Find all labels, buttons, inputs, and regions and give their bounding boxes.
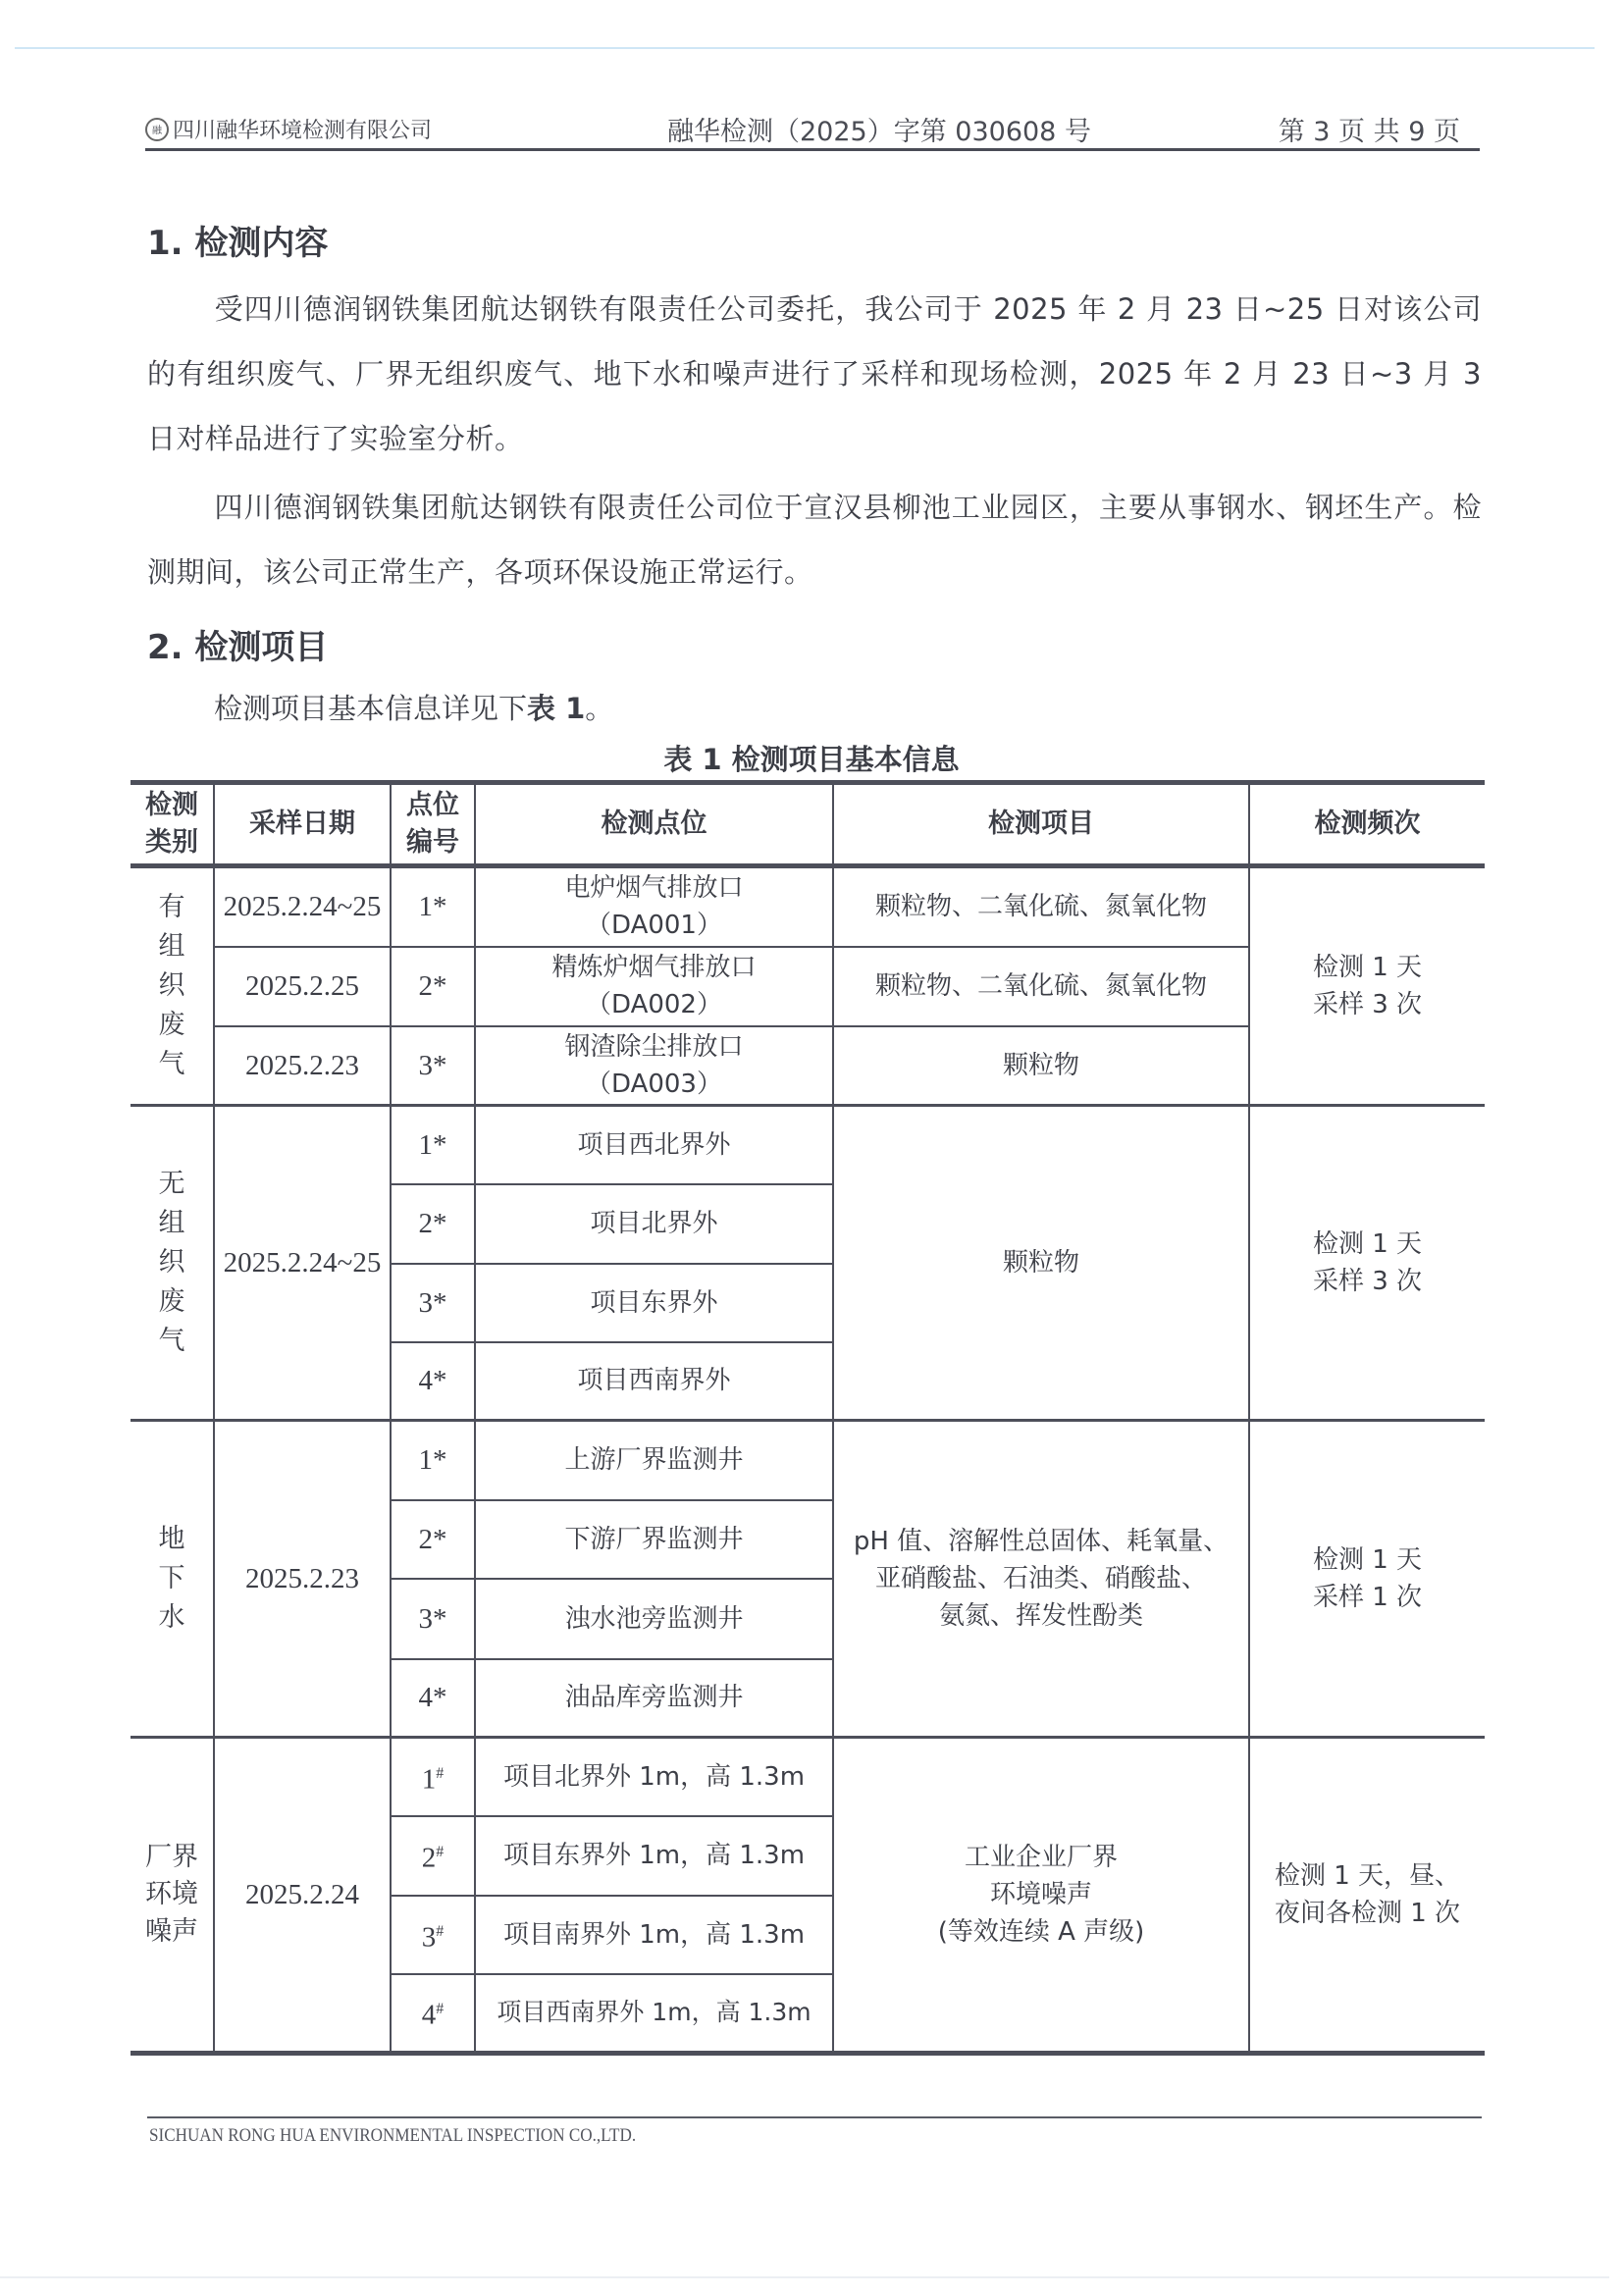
point-suffix: # [436, 1765, 444, 1782]
frequency-cell: 检测 1 天，昼、 夜间各检测 1 次 [1249, 1738, 1485, 2054]
location-cell: 项目西北界外 [475, 1106, 833, 1184]
table-row: 无组织废气 2025.2.24~25 1* 项目西北界外 颗粒物 检测 1 天 … [131, 1106, 1485, 1184]
date-cell: 2025.2.23 [214, 1421, 391, 1738]
header-divider [145, 148, 1480, 151]
footer-divider [147, 2116, 1482, 2118]
point-no-cell: 3* [391, 1264, 475, 1342]
table-header-row: 检测 类别 采样日期 点位 编号 检测点位 检测项目 检测频次 [131, 783, 1485, 866]
point-number: 4 [422, 2000, 437, 2031]
header-point-no: 点位 编号 [391, 783, 475, 866]
paragraph-text: 四川德润钢铁集团航达钢铁有限责任公司位于宣汉县柳池工业园区，主要从事钢水、钢坯生… [147, 491, 1482, 589]
location-cell: 电炉烟气排放口 （DA001） [475, 866, 833, 947]
point-no-cell: 1# [391, 1738, 475, 1816]
header-date: 采样日期 [214, 783, 391, 866]
header-category: 检测 类别 [131, 783, 214, 866]
intro-suffix: 。 [585, 692, 613, 725]
table-reference-text: 检测项目基本信息详见下表 1。 [214, 687, 613, 727]
category-text: 有组织废气 [157, 888, 186, 1084]
items-cell: 颗粒物 [833, 1026, 1249, 1106]
location-cell: 油品库旁监测井 [475, 1659, 833, 1738]
table-row: 地下水 2025.2.23 1* 上游厂界监测井 pH 值、溶解性总固体、耗氧量… [131, 1421, 1485, 1500]
date-cell: 2025.2.24~25 [214, 866, 391, 947]
category-text: 地下水 [157, 1520, 186, 1638]
page-header: 融 四川融华环境检测有限公司 融华检测（2025）字第 030608 号 第 3… [145, 110, 1480, 149]
category-cell: 地下水 [131, 1421, 214, 1738]
location-cell: 浊水池旁监测井 [475, 1579, 833, 1659]
page-number: 第 3 页 共 9 页 [1279, 110, 1460, 148]
point-no-cell: 4* [391, 1659, 475, 1738]
items-cell: 颗粒物 [833, 1106, 1249, 1421]
frequency-cell: 检测 1 天 采样 3 次 [1249, 866, 1485, 1106]
date-cell: 2025.2.23 [214, 1026, 391, 1106]
point-no-cell: 2* [391, 1184, 475, 1264]
point-number: 2 [422, 1843, 437, 1874]
items-cell: 颗粒物、二氧化硫、氮氧化物 [833, 866, 1249, 947]
point-suffix: # [436, 1923, 444, 1940]
items-cell: 颗粒物、二氧化硫、氮氧化物 [833, 947, 1249, 1026]
items-cell: 工业企业厂界 环境噪声 (等效连续 A 声级) [833, 1738, 1249, 2054]
location-cell: 上游厂界监测井 [475, 1421, 833, 1500]
header-items: 检测项目 [833, 783, 1249, 866]
point-no-cell: 1* [391, 1421, 475, 1500]
location-cell: 项目南界外 1m，高 1.3m [475, 1896, 833, 1974]
company-name: 融 四川融华环境检测有限公司 [145, 114, 432, 144]
company-name-text: 四川融华环境检测有限公司 [173, 114, 432, 144]
report-number: 融华检测（2025）字第 030608 号 [667, 110, 1091, 148]
section-1-heading: 1. 检测内容 [147, 216, 328, 264]
location-cell: 下游厂界监测井 [475, 1500, 833, 1579]
header-frequency: 检测频次 [1249, 783, 1485, 866]
location-cell: 精炼炉烟气排放口 （DA002） [475, 947, 833, 1026]
point-no-cell: 3* [391, 1026, 475, 1106]
header-location: 检测点位 [475, 783, 833, 866]
monitoring-items-table: 检测 类别 采样日期 点位 编号 检测点位 检测项目 检测频次 有组织废气 20… [131, 780, 1485, 2056]
table-row: 有组织废气 2025.2.24~25 1* 电炉烟气排放口 （DA001） 颗粒… [131, 866, 1485, 947]
point-no-cell: 3* [391, 1579, 475, 1659]
frequency-cell: 检测 1 天 采样 1 次 [1249, 1421, 1485, 1738]
intro-text: 检测项目基本信息详见下 [214, 692, 527, 725]
point-no-cell: 4* [391, 1342, 475, 1421]
date-cell: 2025.2.24~25 [214, 1106, 391, 1421]
point-suffix: # [436, 2001, 444, 2017]
point-no-cell: 3# [391, 1896, 475, 1974]
section-1-paragraph-2: 四川德润钢铁集团航达钢铁有限责任公司位于宣汉县柳池工业园区，主要从事钢水、钢坯生… [147, 475, 1482, 604]
category-text: 无组织废气 [157, 1165, 186, 1361]
point-suffix: # [436, 1844, 444, 1860]
category-cell: 厂界 环境 噪声 [131, 1738, 214, 2054]
company-logo-icon: 融 [145, 118, 169, 141]
category-cell: 无组织废气 [131, 1106, 214, 1421]
table-row: 厂界 环境 噪声 2025.2.24 1# 项目北界外 1m，高 1.3m 工业… [131, 1738, 1485, 1816]
location-cell: 项目西南界外 [475, 1342, 833, 1421]
location-cell: 项目北界外 1m，高 1.3m [475, 1738, 833, 1816]
footer-company-en: SICHUAN RONG HUA ENVIRONMENTAL INSPECTIO… [149, 2125, 636, 2147]
date-cell: 2025.2.25 [214, 947, 391, 1026]
location-cell: 钢渣除尘排放口 （DA003） [475, 1026, 833, 1106]
location-cell: 项目北界外 [475, 1184, 833, 1264]
point-number: 1 [422, 1764, 437, 1796]
point-no-cell: 4# [391, 1974, 475, 2054]
date-cell: 2025.2.24 [214, 1738, 391, 2054]
point-no-cell: 2# [391, 1816, 475, 1896]
point-number: 3 [422, 1921, 437, 1953]
point-no-cell: 1* [391, 866, 475, 947]
paragraph-text: 受四川德润钢铁集团航达钢铁有限责任公司委托，我公司于 2025 年 2 月 23… [147, 292, 1482, 455]
location-cell: 项目东界外 [475, 1264, 833, 1342]
items-cell: pH 值、溶解性总固体、耗氧量、 亚硝酸盐、石油类、硝酸盐、 氨氮、挥发性酚类 [833, 1421, 1249, 1738]
frequency-cell: 检测 1 天 采样 3 次 [1249, 1106, 1485, 1421]
location-cell: 项目西南界外 1m，高 1.3m [475, 1974, 833, 2054]
section-1-paragraph-1: 受四川德润钢铁集团航达钢铁有限责任公司委托，我公司于 2025 年 2 月 23… [147, 277, 1482, 471]
section-2-heading: 2. 检测项目 [147, 620, 328, 668]
category-cell: 有组织废气 [131, 866, 214, 1106]
table-caption: 表 1 检测项目基本信息 [0, 738, 1623, 778]
point-no-cell: 2* [391, 1500, 475, 1579]
scan-artifact-line-bottom [0, 2276, 1609, 2278]
location-cell: 项目东界外 1m，高 1.3m [475, 1816, 833, 1896]
scan-artifact-line [15, 47, 1595, 49]
table-ref-link: 表 1 [527, 692, 585, 725]
point-no-cell: 2* [391, 947, 475, 1026]
point-no-cell: 1* [391, 1106, 475, 1184]
